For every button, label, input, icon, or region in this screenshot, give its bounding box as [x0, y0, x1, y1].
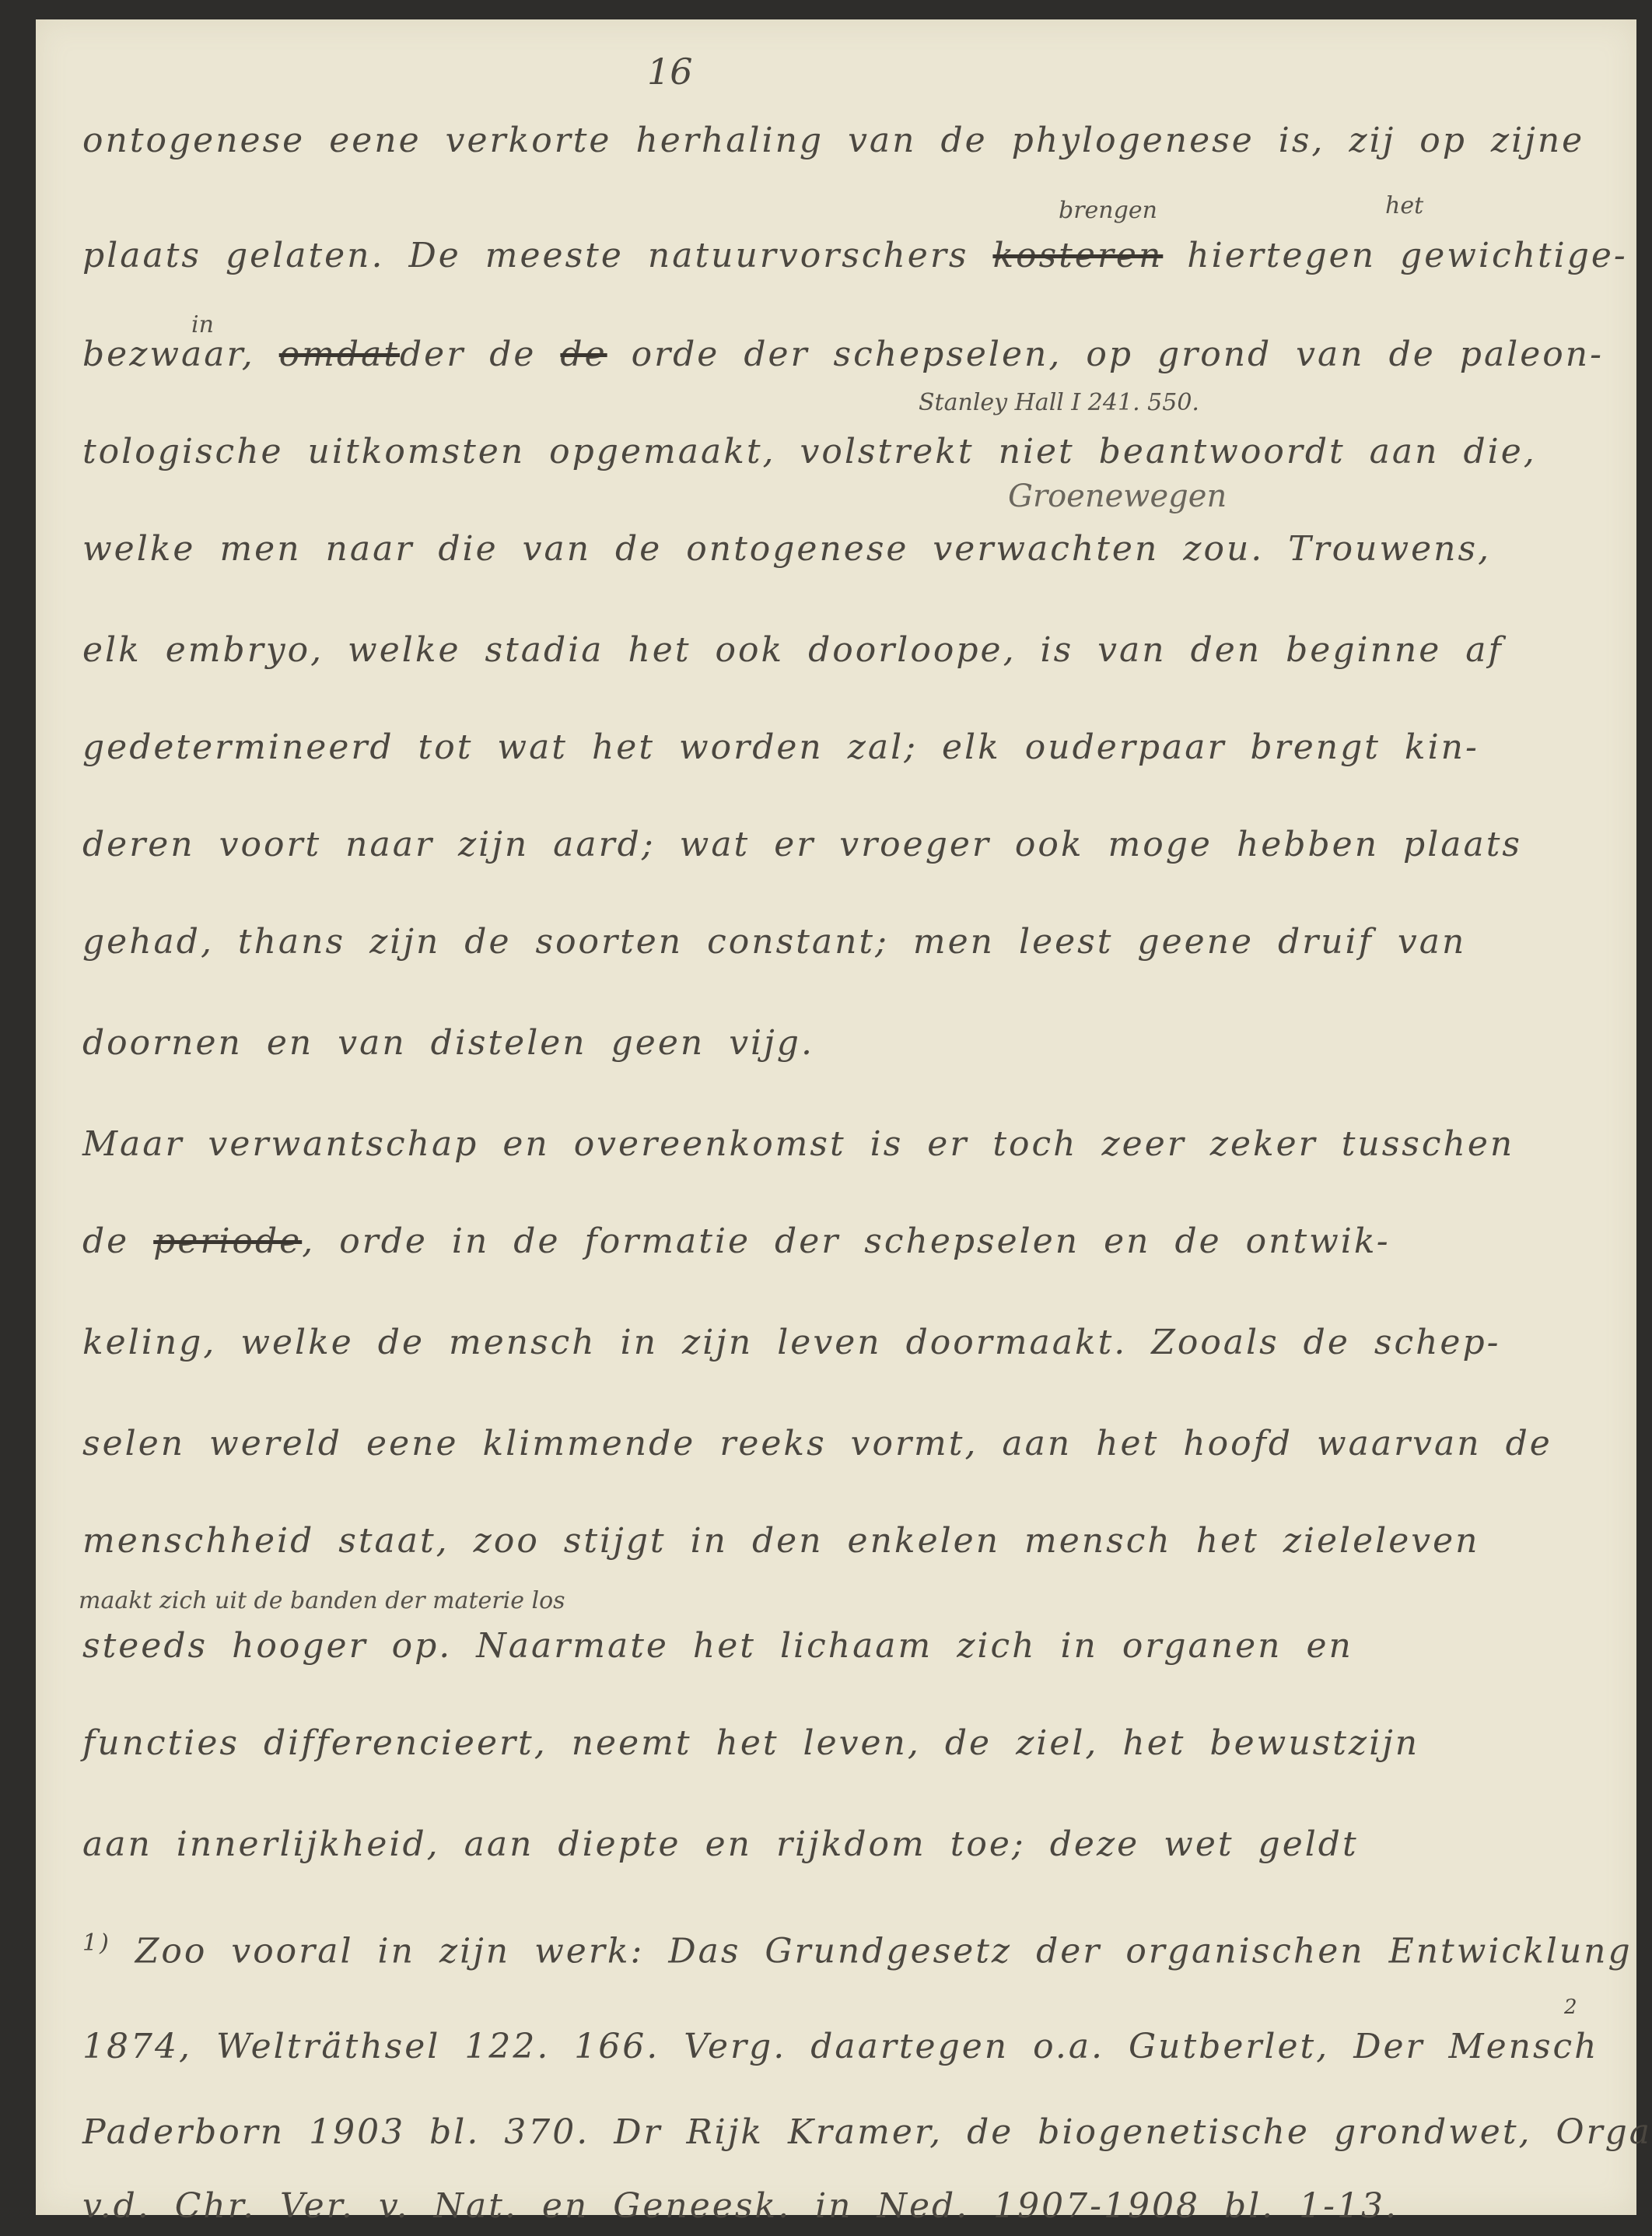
manuscript-line: welke men naar die van de ontogenese ver…: [82, 529, 1491, 569]
line-text: deren voort naar zijn aard; wat er vroeg…: [82, 825, 1522, 864]
line-text: doornen en van distelen geen vijg.: [82, 1023, 814, 1063]
line-text: welke men naar die van de ontogenese ver…: [82, 529, 1491, 569]
manuscript-line: menschheid staat, zoo stijgt in den enke…: [82, 1521, 1479, 1561]
footnote-line: v.d. Chr. Ver. v. Nat. en Geneesk. in Ne…: [82, 2186, 1398, 2226]
line-text: aan innerlijkheid, aan diepte en rijkdom…: [82, 1824, 1359, 1864]
struck-word: omdat: [279, 335, 400, 374]
page-number: 16: [647, 51, 693, 93]
line-text: , orde in de formatie der schepselen en …: [302, 1221, 1390, 1261]
struck-word: kosteren: [992, 236, 1163, 275]
interlinear-insertion: maakt zich uit de banden der materie los: [79, 1587, 565, 1614]
line-text: de: [82, 1221, 153, 1261]
manuscript-line: deren voort naar zijn aard; wat er vroeg…: [82, 825, 1522, 864]
manuscript-line: bezwaar, omdatder de de orde der schepse…: [82, 335, 1604, 374]
manuscript-line: functies differencieert, neemt het leven…: [82, 1723, 1419, 1763]
manuscript-line: ontogenese eene verkorte herhaling van d…: [82, 121, 1584, 160]
footnote-text: 1874, Welträthsel 122. 166. Verg. daarte…: [82, 2027, 1599, 2066]
interlinear-insertion: het: [1385, 192, 1423, 219]
footnote-line: Paderborn 1903 bl. 370. Dr Rijk Kramer, …: [82, 2112, 1652, 2152]
line-text: der de: [400, 335, 560, 374]
line-text: elk embryo, welke stadia het ook doorloo…: [82, 630, 1503, 670]
interlinear-insertion: brengen: [1059, 197, 1157, 224]
line-text: selen wereld eene klimmende reeks vormt,…: [82, 1424, 1552, 1463]
footnote-line: 1) Zoo vooral in zijn werk: Das Grundges…: [82, 1929, 1633, 1971]
manuscript-line: plaats gelaten. De meeste natuurvorscher…: [82, 236, 1628, 275]
footnote-text: Zoo vooral in zijn werk: Das Grundgesetz…: [135, 1932, 1633, 1971]
footnote-line: 1874, Welträthsel 122. 166. Verg. daarte…: [82, 2027, 1599, 2066]
footnote-marker: 1): [82, 1929, 111, 1957]
line-text: gehad, thans zijn de soorten constant; m…: [82, 922, 1466, 962]
line-text: functies differencieert, neemt het leven…: [82, 1723, 1419, 1763]
manuscript-line: selen wereld eene klimmende reeks vormt,…: [82, 1424, 1552, 1463]
line-text: orde der schepselen, op grond van de pal…: [607, 335, 1604, 374]
struck-word: periode: [153, 1221, 302, 1261]
struck-word: de: [560, 335, 607, 374]
manuscript-line: aan innerlijkheid, aan diepte en rijkdom…: [82, 1824, 1359, 1864]
manuscript-line: gehad, thans zijn de soorten constant; m…: [82, 922, 1466, 962]
manuscript-line: keling, welke de mensch in zijn leven do…: [82, 1323, 1501, 1362]
line-text: bezwaar,: [82, 335, 279, 374]
line-text: tologische uitkomsten opgemaakt, volstre…: [82, 432, 1537, 471]
line-text: keling, welke de mensch in zijn leven do…: [82, 1323, 1501, 1362]
line-text: gedetermineerd tot wat het worden zal; e…: [82, 727, 1479, 767]
footnote-text: Paderborn 1903 bl. 370. Dr Rijk Kramer, …: [82, 2112, 1652, 2152]
manuscript-line: de periode, orde in de formatie der sche…: [82, 1221, 1391, 1261]
line-text: hiertegen gewichtige-: [1163, 236, 1627, 275]
line-text: plaats gelaten. De meeste natuurvorscher…: [82, 236, 992, 275]
manuscript-line: doornen en van distelen geen vijg.: [82, 1023, 814, 1063]
manuscript-line: steeds hooger op. Naarmate het lichaam z…: [82, 1626, 1353, 1666]
manuscript-line: tologische uitkomsten opgemaakt, volstre…: [82, 432, 1537, 471]
interlinear-insertion: Groenewegen: [1008, 478, 1227, 514]
manuscript-line: elk embryo, welke stadia het ook doorloo…: [82, 630, 1503, 670]
footnote-superscript: 2: [1564, 1996, 1577, 2019]
line-text: Maar verwantschap en overeenkomst is er …: [82, 1124, 1514, 1164]
manuscript-page: 16 ontogenese eene verkorte herhaling va…: [36, 19, 1636, 2215]
line-text: steeds hooger op. Naarmate het lichaam z…: [82, 1626, 1353, 1666]
manuscript-line: gedetermineerd tot wat het worden zal; e…: [82, 727, 1479, 767]
footnote-text: v.d. Chr. Ver. v. Nat. en Geneesk. in Ne…: [82, 2186, 1398, 2226]
citation-insertion: Stanley Hall I 241. 550.: [919, 389, 1199, 416]
manuscript-line: Maar verwantschap en overeenkomst is er …: [82, 1124, 1514, 1164]
line-text: ontogenese eene verkorte herhaling van d…: [82, 121, 1584, 160]
line-text: menschheid staat, zoo stijgt in den enke…: [82, 1521, 1479, 1561]
